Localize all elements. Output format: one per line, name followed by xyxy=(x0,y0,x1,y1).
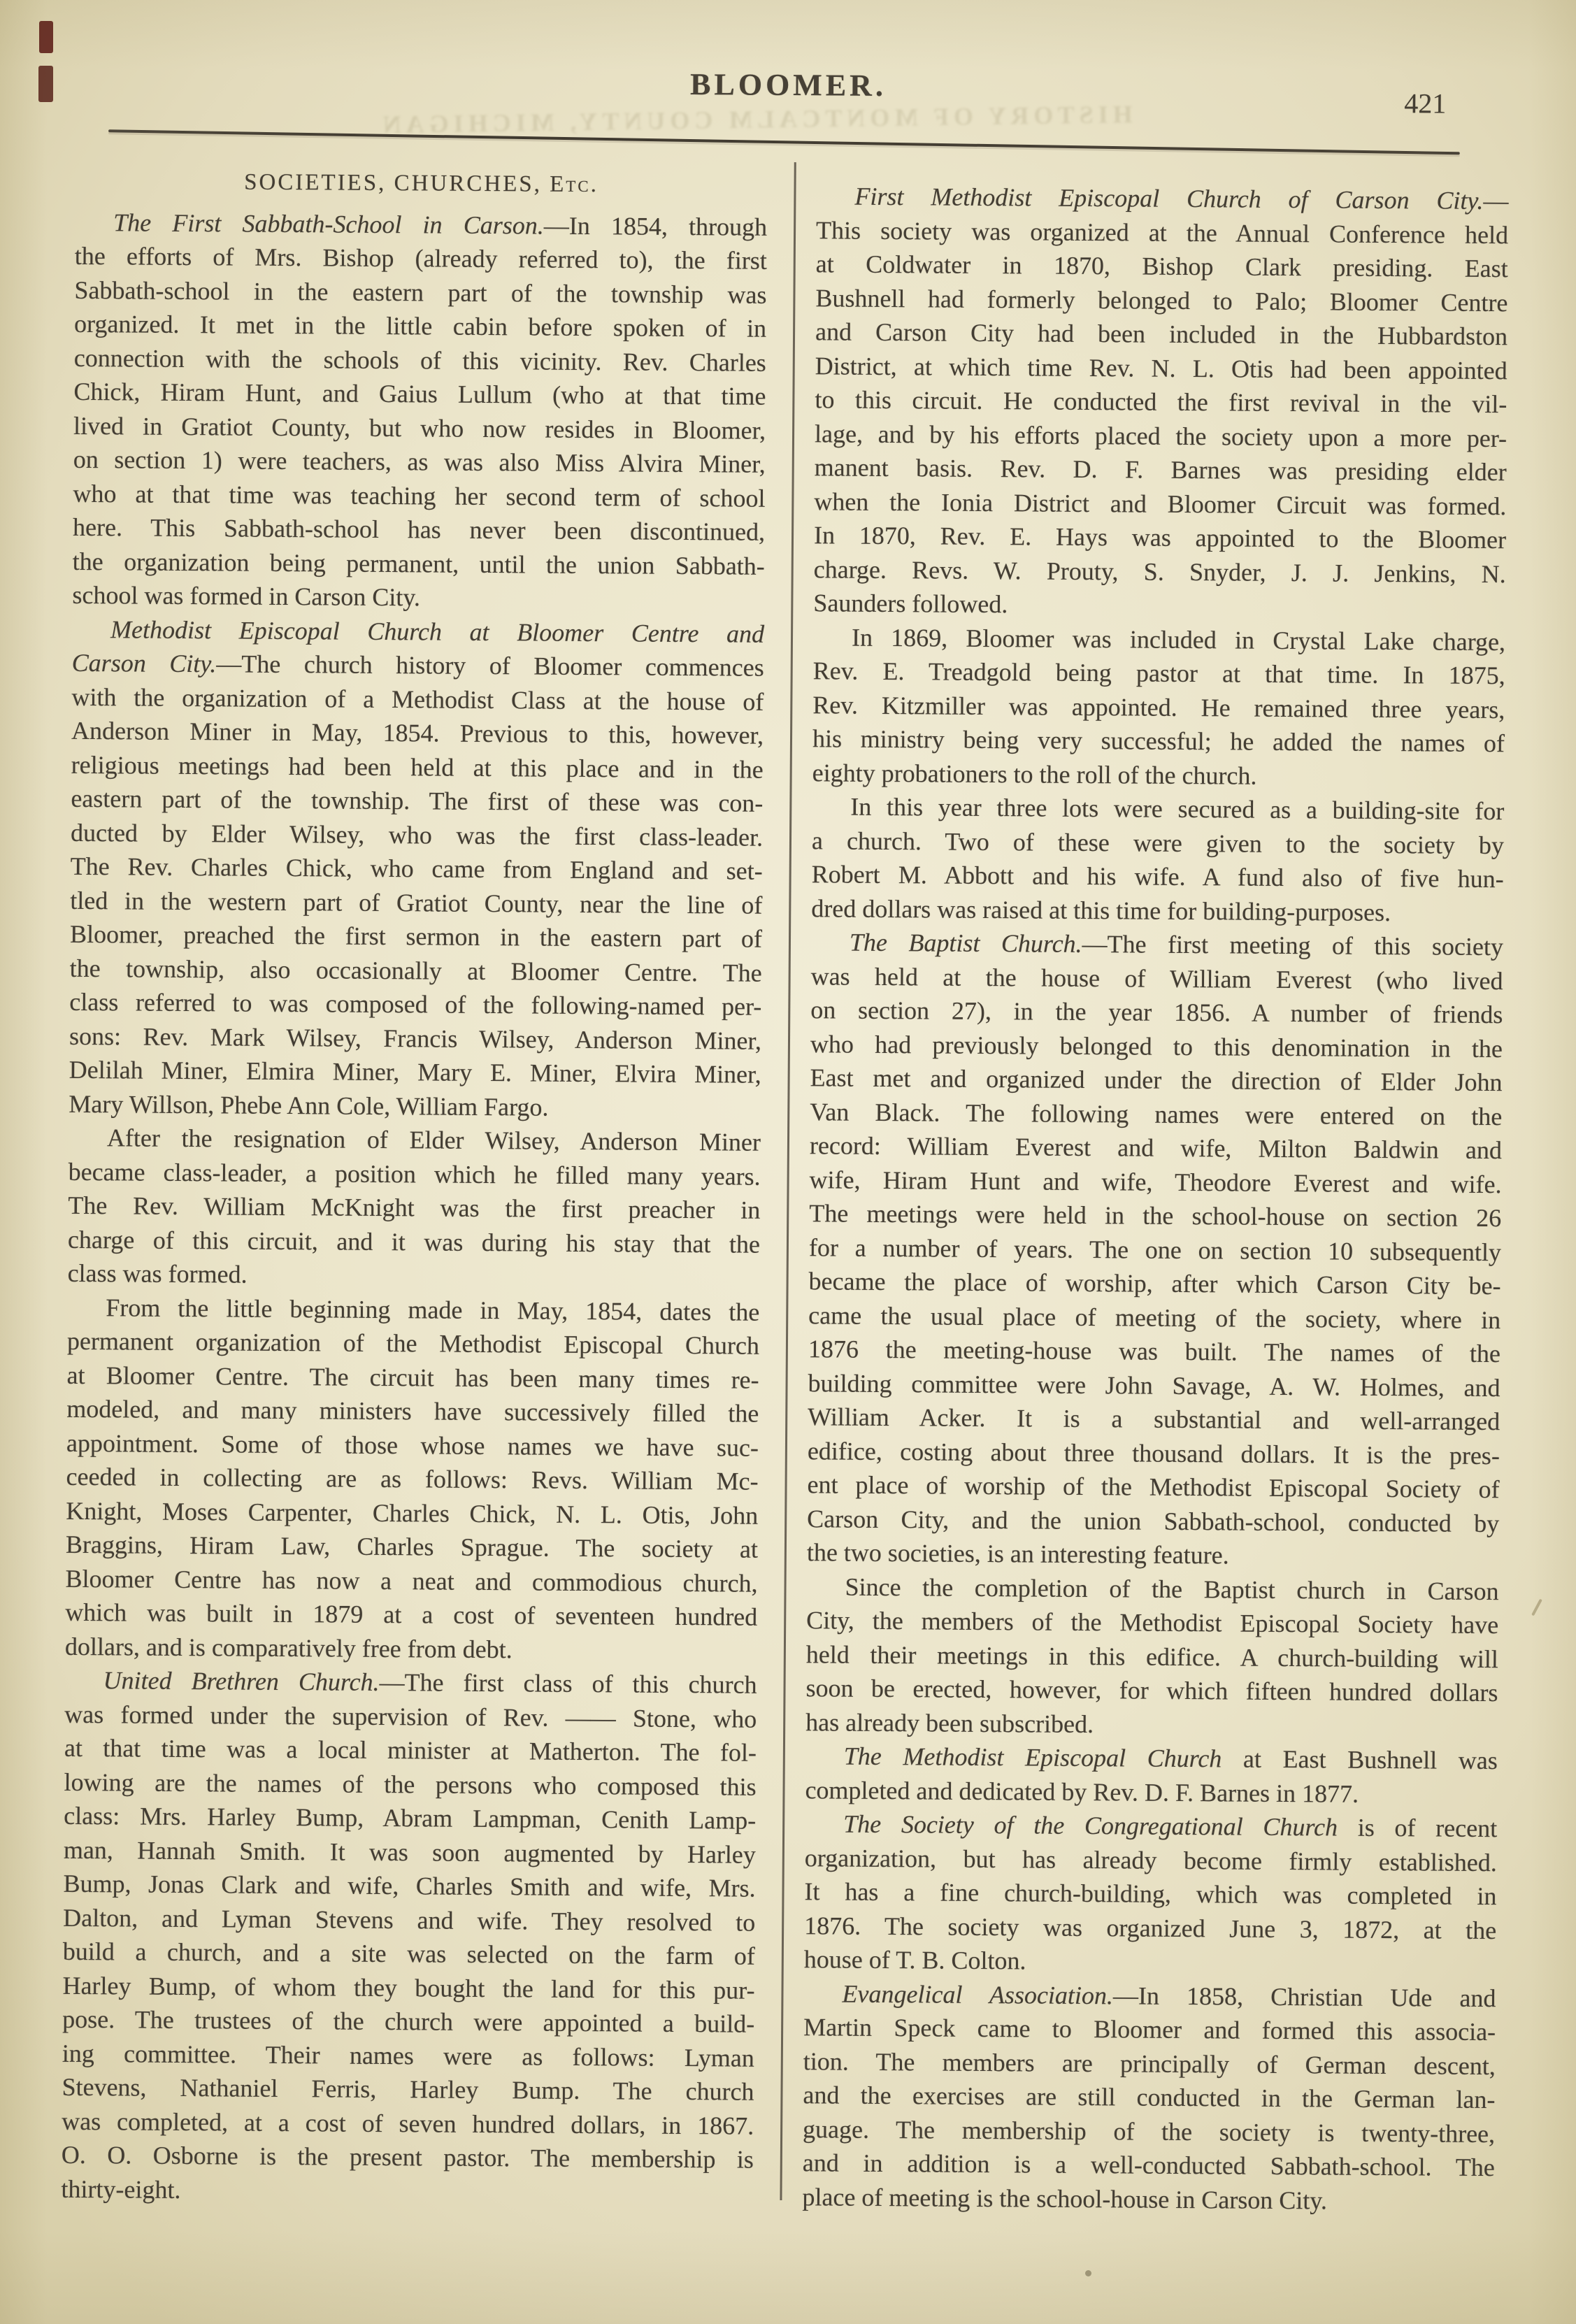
text-line: has already been subscribed. xyxy=(805,1705,1498,1744)
text-line: Dalton, and Lyman Stevens and wife. They… xyxy=(63,1900,755,1939)
text-line: ducted by Elder Wilsey, who was the firs… xyxy=(71,815,763,854)
text-line: held their meetings in this edifice. A c… xyxy=(806,1637,1498,1676)
text-line: and Carson City had been included in the… xyxy=(815,315,1507,353)
text-line: pose. The trustees of the church were ap… xyxy=(62,2002,754,2041)
text-line: thirty-eight. xyxy=(61,2172,753,2210)
text-line: First Methodist Episcopal Church of Cars… xyxy=(816,179,1508,217)
text-line: the efforts of Mrs. Bishop (already refe… xyxy=(75,239,767,278)
paragraph: The Baptist Church.—The first meeting of… xyxy=(807,925,1503,1574)
text-line: eastern part of the township. The first … xyxy=(71,782,763,820)
text-line: charge. Revs. W. Prouty, S. Snyder, J. J… xyxy=(814,552,1506,591)
text-line: religious meetings had been held at this… xyxy=(71,747,764,786)
text-line: From the little beginning made in May, 1… xyxy=(67,1290,759,1328)
text-line: Anderson Miner in May, 1854. Previous to… xyxy=(71,714,764,752)
text-segment: —The first meeting of this society xyxy=(1082,930,1503,961)
text-line: the two societies, is an interesting fea… xyxy=(807,1535,1499,1574)
text-line: organized. It met in the little cabin be… xyxy=(74,307,766,345)
text-line: when the Ionia District and Bloomer Circ… xyxy=(814,485,1506,523)
text-line: Harley Bump, of whom they bought the lan… xyxy=(62,1968,754,2007)
text-line: building committee were John Savage, A. … xyxy=(808,1366,1500,1405)
left-column-paragraphs: The First Sabbath-School in Carson.—In 1… xyxy=(61,205,767,2210)
text-segment: —The church history of Bloomer commences xyxy=(216,650,764,681)
italic-text-segment: The First Sabbath-School in Carson. xyxy=(113,208,544,239)
text-line: Bump, Jonas Clark and wife, Charles Smit… xyxy=(63,1867,755,1905)
text-line: After the resignation of Elder Wilsey, A… xyxy=(69,1121,761,1159)
text-line: became the place of worship, after which… xyxy=(808,1264,1500,1303)
text-line: came the usual place of meeting of the s… xyxy=(808,1298,1500,1337)
text-line: record: William Everest and wife, Milton… xyxy=(810,1128,1502,1167)
text-line: on section 1) were teachers, as was also… xyxy=(73,443,766,481)
text-line: class referred to was composed of the fo… xyxy=(69,985,761,1024)
text-line: for a number of years. The one on sectio… xyxy=(809,1231,1501,1269)
text-line: organization, but has already become fir… xyxy=(805,1841,1497,1879)
paragraph: In 1869, Bloomer was included in Crystal… xyxy=(812,620,1506,794)
text-line: at Bloomer Centre. The circuit has been … xyxy=(66,1358,759,1396)
text-line: United Brethren Church.—The first class … xyxy=(64,1663,757,1702)
text-line: on section 27), in the year 1856. A numb… xyxy=(810,993,1503,1031)
left-text-column: SOCIETIES, CHURCHES, Etc. The First Sabb… xyxy=(61,163,767,2211)
italic-text-segment: The Society of the Congregational Church xyxy=(843,1810,1338,1842)
text-line: charge of this circuit, and it was durin… xyxy=(68,1222,760,1261)
text-line: East met and organized under the directi… xyxy=(810,1061,1502,1099)
text-line: man, Hannah Smith. It was soon augmented… xyxy=(64,1832,756,1871)
paragraph: The Methodist Episcopal Church at East B… xyxy=(805,1739,1498,1812)
text-line: William Acker. It is a substantial and w… xyxy=(808,1400,1500,1438)
text-line: at that time was a local minister at Mat… xyxy=(64,1731,757,1770)
italic-text-segment: The Baptist Church. xyxy=(850,928,1082,958)
paragraph: Since the completion of the Baptist chur… xyxy=(805,1570,1499,1744)
text-line: ing committee. Their names were as follo… xyxy=(62,2036,754,2074)
text-line: Evangelical Association.—In 1858, Christ… xyxy=(803,1977,1496,2015)
text-line: Sabbath-school in the eastern part of th… xyxy=(74,273,766,311)
text-segment: —In 1858, Christian Ude and xyxy=(1113,1981,1496,2012)
text-line: Since the completion of the Baptist chur… xyxy=(806,1570,1498,1608)
text-line: District, at which time Rev. N. L. Otis … xyxy=(815,349,1507,387)
text-line: house of T. B. Colton. xyxy=(804,1942,1496,1981)
text-line: The Rev. William McKnight was the first … xyxy=(68,1189,760,1227)
scan-speck xyxy=(1085,2270,1091,2276)
text-line: dollars, and is comparatively free from … xyxy=(65,1629,757,1667)
paragraph: Methodist Episcopal Church at Bloomer Ce… xyxy=(69,612,764,1125)
text-line: Rev. E. Treadgold being pastor at that t… xyxy=(813,654,1505,692)
section-heading: SOCIETIES, CHURCHES, Etc. xyxy=(75,163,767,210)
text-line: Bushnell had formerly belonged to Palo; … xyxy=(815,281,1507,320)
text-line: tion. The members are principally of Ger… xyxy=(803,2044,1496,2083)
text-line: wife, Hiram Hunt and wife, Theodore Ever… xyxy=(809,1163,1501,1201)
text-line: to this circuit. He conducted the first … xyxy=(815,382,1507,421)
text-line: 1876 the meeting-house was built. The na… xyxy=(808,1332,1500,1370)
italic-text-segment: The Methodist Episcopal Church xyxy=(844,1742,1222,1773)
text-line: The Rev. Charles Chick, who came from En… xyxy=(71,849,763,888)
italic-text-segment: Methodist Episcopal Church at Bloomer Ce… xyxy=(110,615,764,648)
paragraph: United Brethren Church.—The first class … xyxy=(61,1663,757,2211)
text-line: Mary Willson, Phebe Ann Cole, William Fa… xyxy=(69,1086,761,1125)
text-line: It has a fine church-building, which was… xyxy=(804,1874,1496,1913)
text-line: the township, also occasionally at Bloom… xyxy=(70,951,762,989)
text-line: place of meeting is the school-house in … xyxy=(802,2180,1494,2218)
text-line: Knight, Moses Carpenter, Charles Chick, … xyxy=(66,1493,758,1532)
text-line: In 1870, Rev. E. Hays was appointed to t… xyxy=(814,518,1506,557)
text-segment: —The first class of this church xyxy=(379,1668,757,1699)
text-line: at Coldwater in 1870, Bishop Clark presi… xyxy=(816,247,1508,285)
text-line: Stevens, Nathaniel Ferris, Harley Bump. … xyxy=(62,2070,754,2109)
text-line: Robert M. Abbott and his wife. A fund al… xyxy=(811,857,1503,896)
text-line: Rev. Kitzmiller was appointed. He remain… xyxy=(812,688,1505,726)
text-line: In 1869, Bloomer was included in Crystal… xyxy=(813,620,1505,659)
text-line: completed and dedicated by Rev. D. F. Ba… xyxy=(805,1773,1497,1812)
text-line: connection with the schools of this vici… xyxy=(74,340,766,379)
paragraph: First Methodist Episcopal Church of Cars… xyxy=(813,179,1508,624)
text-line: Martin Speck came to Bloomer and formed … xyxy=(803,2010,1496,2049)
text-line: became class-leader, a position which he… xyxy=(69,1154,761,1193)
text-line: This society was organized at the Annual… xyxy=(816,213,1508,252)
text-line: school was formed in Carson City. xyxy=(72,578,764,617)
column-divider-rule xyxy=(780,162,796,2200)
text-line: class: Mrs. Harley Bump, Abram Lampman, … xyxy=(64,1799,756,1837)
text-line: Carson City.—The church history of Bloom… xyxy=(72,646,764,684)
text-segment: —In 1854, through xyxy=(544,211,768,241)
italic-text-segment: United Brethren Church. xyxy=(103,1666,379,1696)
page-number: 421 xyxy=(1404,87,1446,120)
paragraph: After the resignation of Elder Wilsey, A… xyxy=(67,1121,761,1295)
italic-text-segment: First Methodist Episcopal Church of Cars… xyxy=(854,182,1483,215)
text-line: ceeded in collecting are as follows: Rev… xyxy=(66,1460,758,1498)
text-line: dred dollars was raised at this time for… xyxy=(811,891,1503,930)
italic-text-segment: Carson City. xyxy=(72,649,217,677)
text-line: Chick, Hiram Hunt, and Gaius Lullum (who… xyxy=(73,375,766,413)
scanned-book-page: HISTORY OF MONTCALM COUNTY, MICHIGAN BLO… xyxy=(0,0,1576,2324)
text-line: the organization being permanent, until … xyxy=(73,544,765,582)
text-line: eighty probationers to the roll of the c… xyxy=(812,756,1505,794)
text-line: City, the members of the Methodist Episc… xyxy=(806,1603,1498,1642)
text-line: The meetings were held in the school-hou… xyxy=(809,1196,1501,1235)
paragraph: The Society of the Congregational Church… xyxy=(804,1807,1498,1981)
text-line: who at that time was teaching her second… xyxy=(73,476,765,515)
text-line: Saunders followed. xyxy=(813,586,1505,624)
text-line: The First Sabbath-School in Carson.—In 1… xyxy=(75,205,767,243)
paragraph: Evangelical Association.—In 1858, Christ… xyxy=(802,1977,1496,2218)
text-line: and in addition is a well-conducted Sabb… xyxy=(803,2146,1495,2184)
paragraph: In this year three lots were secured as … xyxy=(811,789,1504,930)
text-line: his ministry being very successful; he a… xyxy=(812,722,1505,760)
text-segment: at East Bushnell was xyxy=(1222,1744,1498,1774)
text-line: Van Black. The following names were ente… xyxy=(810,1095,1502,1133)
text-line: edifice, costing about three thousand do… xyxy=(808,1434,1500,1472)
text-line: Methodist Episcopal Church at Bloomer Ce… xyxy=(72,612,764,650)
text-line: build a church, and a site was selected … xyxy=(63,1935,755,1973)
text-line: was held at the house of William Everest… xyxy=(810,959,1503,998)
text-line: The Methodist Episcopal Church at East B… xyxy=(805,1739,1498,1777)
text-line: which was built in 1879 at a cost of sev… xyxy=(65,1595,757,1634)
text-line: a church. Two of these were given to the… xyxy=(812,824,1504,862)
text-line: permanent organization of the Methodist … xyxy=(67,1324,759,1363)
text-line: with the organization of a Methodist Cla… xyxy=(71,680,764,718)
text-line: Bloomer, preached the first sermon in th… xyxy=(70,917,762,956)
text-line: ent place of worship of the Methodist Ep… xyxy=(807,1468,1499,1506)
text-line: O. O. Osborne is the present pastor. The… xyxy=(62,2138,754,2176)
text-line: The Baptist Church.—The first meeting of… xyxy=(811,925,1503,963)
italic-text-segment: Evangelical Association. xyxy=(842,1979,1113,2009)
text-line: class was formed. xyxy=(67,1256,759,1295)
text-line: lage, and by his efforts placed the soci… xyxy=(815,417,1507,455)
paragraph: From the little beginning made in May, 1… xyxy=(65,1290,760,1667)
text-segment: — xyxy=(1483,187,1508,215)
text-line: was formed under the supervision of Rev.… xyxy=(64,1697,757,1735)
text-segment: is of recent xyxy=(1338,1814,1497,1843)
text-line: The Society of the Congregational Church… xyxy=(805,1807,1497,1845)
text-line: In this year three lots were secured as … xyxy=(812,789,1504,828)
text-line: Delilah Miner, Elmira Miner, Mary E. Min… xyxy=(69,1053,761,1091)
running-header-title: BLOOMER. xyxy=(0,62,1576,108)
right-column-paragraphs: First Methodist Episcopal Church of Cars… xyxy=(802,179,1508,2218)
text-line: Bloomer Centre has now a neat and commod… xyxy=(65,1561,757,1600)
text-line: here. This Sabbath-school has never been… xyxy=(73,510,765,549)
right-text-column: First Methodist Episcopal Church of Cars… xyxy=(802,168,1508,2218)
text-line: Carson City, and the union Sabbath-schoo… xyxy=(807,1502,1499,1540)
text-line: guage. The membership of the society is … xyxy=(803,2112,1495,2151)
text-line: 1876. The society was organized June 3, … xyxy=(804,1909,1496,1947)
paragraph: The First Sabbath-School in Carson.—In 1… xyxy=(72,205,767,617)
text-line: was completed, at a cost of seven hundre… xyxy=(62,2104,754,2142)
text-line: manent basis. Rev. D. F. Barnes was pres… xyxy=(815,450,1507,489)
text-line: lowing are the names of the persons who … xyxy=(64,1765,756,1803)
text-line: Braggins, Hiram Law, Charles Sprague. Th… xyxy=(66,1528,758,1566)
text-line: tled in the western part of Gratiot Coun… xyxy=(70,883,762,921)
text-line: sons: Rev. Mark Wilsey, Francis Wilsey, … xyxy=(69,1019,761,1057)
text-line: lived in Gratiot County, but who now res… xyxy=(73,408,766,447)
text-line: and the exercises are still conducted in… xyxy=(803,2078,1495,2116)
text-line: appointment. Some of those whose names w… xyxy=(66,1426,759,1464)
text-line: soon be erected, however, for which fift… xyxy=(805,1671,1498,1709)
text-line: modeled, and many ministers have success… xyxy=(66,1392,759,1430)
text-line: who had previously belonged to this deno… xyxy=(810,1027,1503,1066)
page-content: HISTORY OF MONTCALM COUNTY, MICHIGAN BLO… xyxy=(0,0,1576,2324)
